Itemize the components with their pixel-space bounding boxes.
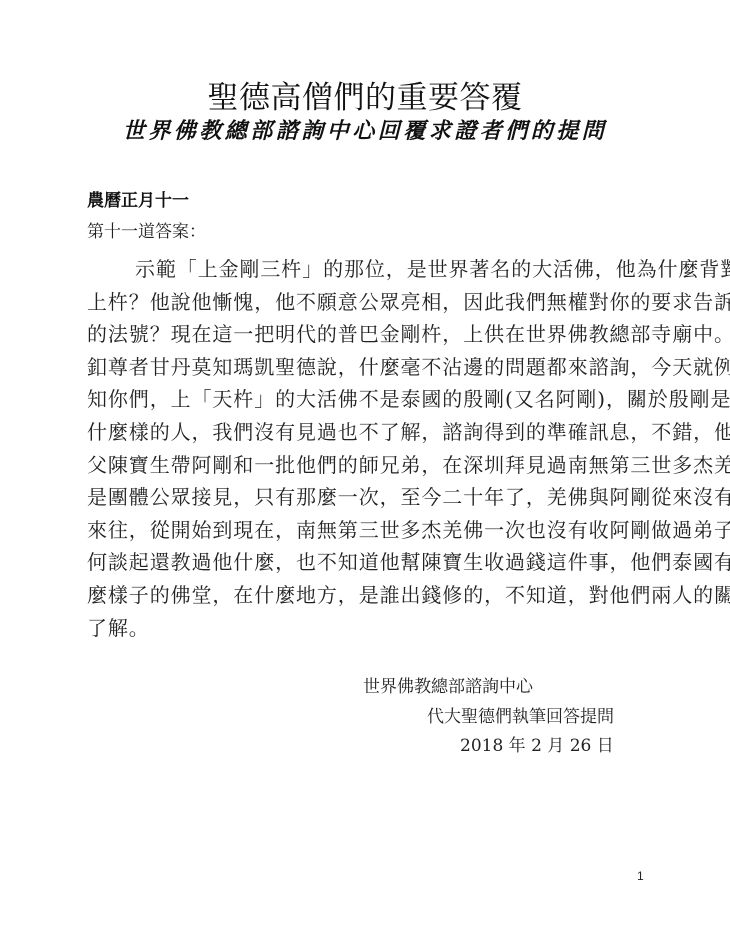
lunar-date-heading: 農曆正月十一	[87, 189, 189, 213]
document-title: 聖德高僧們的重要答覆	[0, 80, 730, 116]
signature-date: 2018 年 2 月 26 日	[460, 734, 614, 758]
document-subtitle: 世界佛教總部諮詢中心回覆求證者們的提問	[0, 117, 730, 145]
body-line: 了解。	[87, 612, 647, 645]
body-line: 什麼樣的人，我們沒有見過也不了解，諮詢得到的準確訊息，不錯，他的師	[87, 416, 647, 449]
page-number: 1	[637, 869, 644, 883]
body-line: 麼樣子的佛堂，在什麼地方，是誰出錢修的，不知道，對他們兩人的關係不	[87, 579, 647, 612]
body-line: 是團體公眾接見，只有那麼一次，至今二十年了，羌佛與阿剛從來沒有任何	[87, 481, 647, 514]
body-line: 上杵？他說他慚愧，他不願意公眾亮相，因此我們無權對你的要求告訴你他	[87, 286, 647, 319]
body-line: 釦尊者甘丹莫知瑪凱聖德說，什麼毫不沾邊的問題都來諮詢，今天就例外告	[87, 351, 647, 384]
answer-label: 第十一道答案：	[87, 220, 206, 244]
signature-organization: 世界佛教總部諮詢中心	[363, 675, 533, 699]
body-line: 知你們，上「天杵」的大活佛不是泰國的殷剛(又名阿剛)，關於殷剛是一個	[87, 383, 647, 416]
answer-body: 示範「上金剛三杵」的那位，是世界著名的大活佛，他為什麼背對著 上杵？他說他慚愧，…	[87, 253, 647, 644]
document-page: 聖德高僧們的重要答覆 世界佛教總部諮詢中心回覆求證者們的提問 農曆正月十一 第十…	[0, 0, 730, 945]
signature-on-behalf: 代大聖德們執筆回答提問	[427, 705, 614, 729]
body-line: 示範「上金剛三杵」的那位，是世界著名的大活佛，他為什麼背對著	[87, 253, 647, 286]
body-line: 的法號？現在這一把明代的普巴金剛杵，上供在世界佛教總部寺廟中。蓮花	[87, 318, 647, 351]
body-line: 父陳寶生帶阿剛和一批他們的師兄弟，在深圳拜見過南無第三世多杰羌佛，	[87, 449, 647, 482]
body-line: 來往，從開始到現在，南無第三世多杰羌佛一次也沒有收阿剛做過弟子，從	[87, 514, 647, 547]
body-line: 何談起還教過他什麼，也不知道他幫陳寶生收過錢這件事，他們泰國有個什	[87, 546, 647, 579]
